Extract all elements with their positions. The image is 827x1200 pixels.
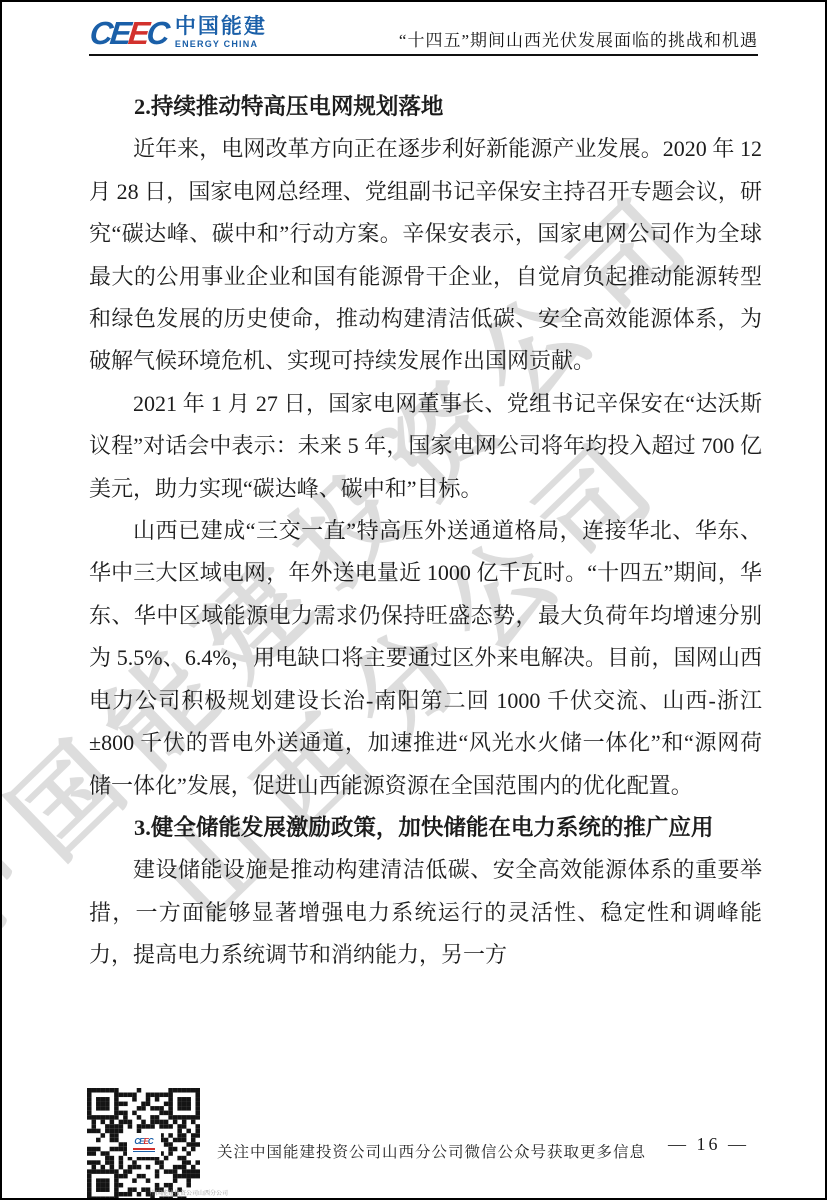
qr-logo-bar-red xyxy=(133,1148,155,1150)
qr-center-logo-icon: CEEC xyxy=(127,1133,161,1157)
header-divider xyxy=(89,54,758,56)
qr-ceec-letters: CEEC xyxy=(134,1138,152,1146)
company-logo: CEEC 中国能建 ENERGY CHINA xyxy=(90,16,267,50)
body-paragraph: 建设储能设施是推动构建清洁低碳、安全高效能源体系的重要举措，一方面能够显著增强电… xyxy=(89,849,762,976)
logo-letter: C xyxy=(145,16,169,50)
ceec-logo-icon: CEEC xyxy=(88,16,168,50)
footer-caption: 关注中国能建投资公司山西分公司微信公众号获取更多信息 xyxy=(217,1140,646,1162)
document-page: 中国能建投资公司 山西分公司 CEEC 中国能建 ENERGY CHINA “十… xyxy=(0,0,827,1200)
body-paragraph: 2021 年 1 月 27 日，国家电网董事长、党组书记辛保安在“达沃斯议程”对… xyxy=(89,383,762,510)
qr-caption: 中国能建投资公司山西分公司 xyxy=(150,1188,270,1197)
logo-letter: C xyxy=(148,1137,153,1146)
document-title: “十四五”期间山西光伏发展面临的挑战和机遇 xyxy=(399,26,758,51)
section-heading: 2.持续推动特高压电网规划落地 xyxy=(89,86,762,128)
qr-logo-bar-blue xyxy=(133,1151,155,1152)
brand-name-en: ENERGY CHINA xyxy=(175,40,267,49)
body-paragraph: 近年来，电网改革方向正在逐步利好新能源产业发展。2020 年 12 月 28 日… xyxy=(89,128,762,382)
brand-text: 中国能建 ENERGY CHINA xyxy=(175,16,267,49)
section-heading: 3.健全储能发展激励政策，加快储能在电力系统的推广应用 xyxy=(89,807,762,849)
wechat-qr-code: CEEC xyxy=(87,1088,200,1200)
body-paragraph: 山西已建成“三交一直”特高压外送通道格局，连接华北、华东、华中三大区域电网，年外… xyxy=(89,510,762,807)
document-body: 2.持续推动特高压电网规划落地近年来，电网改革方向正在逐步利好新能源产业发展。2… xyxy=(89,86,762,977)
page-number: — 16 — xyxy=(668,1134,749,1155)
brand-name-cn: 中国能建 xyxy=(175,16,267,37)
